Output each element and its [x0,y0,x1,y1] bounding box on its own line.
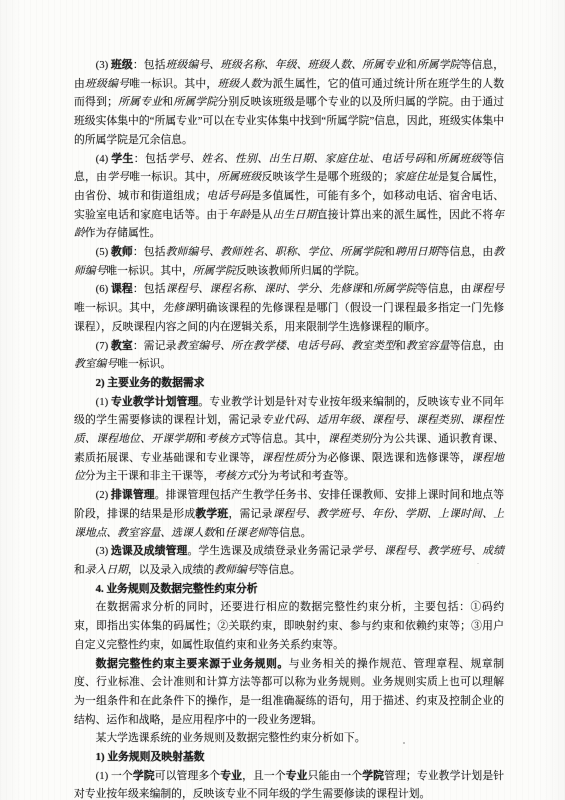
text-run: 等信息，由 [450,340,504,352]
attribute-term: 所属学院 [373,283,417,295]
text-run: 可以管理多个 [155,770,221,782]
text-run: (4) [96,153,112,165]
text-run: ，且一个 [242,770,286,782]
paragraph: (6) 课程：包括课程号、课程名称、课时、学分、先修课和所属学院等信息，由课程号… [74,280,504,336]
text-run: ，需记录 [228,508,272,520]
bold-term: 教室 [111,340,133,352]
text-run: (1) [96,396,111,408]
text-run: 唯一标识。 [117,358,171,370]
bold-term: 选课及成绩管理 [111,545,187,557]
attribute-term: 班级人数 [217,78,261,90]
attribute-term: 任课老师 [225,527,268,539]
bold-term: 数据完整性约束主要来源于业务规则。 [96,658,289,670]
text-run: 。学生选课及成绩登录业务需记录 [187,545,351,557]
text-run: 唯一标识。其中， [129,171,217,183]
text-run: 等信息。 [268,527,311,539]
attribute-term: 录入日期 [85,564,128,576]
text-run: 和 [362,283,373,295]
document-body: (3) 班级：包括班级编号、班级名称、年级、班级人数、所属专业和所属学院等信息，… [74,56,504,800]
bold-term: 学生 [111,153,133,165]
text-run: 和 [395,340,406,352]
text-run: ：包括 [134,153,168,165]
paragraph: (3) 班级：包括班级编号、班级名称、年级、班级人数、所属专业和所属学院等信息，… [74,56,504,150]
text-run: 分为主干课和非主干课等， [85,470,215,482]
attribute-term: 考核方式 [206,433,250,445]
text-run: 等信息。 [258,564,301,576]
paragraph: (2) 排课管理。排课管理包括产生教学任务书、安排任课教师、安排上课时间和地点等… [74,486,504,542]
attribute-term: 学号、课程号、教学班号、成绩 [351,545,504,557]
bold-term: 2) 主要业务的数据需求 [96,377,205,389]
bold-term: 1) 业务规则及映射基数 [96,751,205,763]
paragraph: (1) 一个学院可以管理多个专业，且一个专业只能由一个学院管理；专业教学计划是针… [74,767,504,800]
attribute-term: 聘用日期 [395,246,439,258]
attribute-term: 教室编号、所在教学楼、电话号码、教室类型 [177,340,395,352]
attribute-term: 班级编号 [85,78,129,90]
bold-term: 专业教学计划管理 [111,396,198,408]
text-run: 和 [384,246,395,258]
attribute-term: 所属学院 [417,59,461,71]
paragraph: (5) 教师：包括教师编号、教师姓名、职称、学位、所属学院和聘用日期等信息，由教… [74,243,504,280]
bold-term: 班级 [111,59,133,71]
text-run: (7) [96,340,111,352]
bold-term: 课程 [111,283,133,295]
scan-speck [477,563,479,564]
text-run: 和 [406,59,417,71]
attribute-term: 教师编号 [214,564,257,576]
attribute-term: 课程号 [471,283,504,295]
attribute-term: 所属专业 [118,96,162,108]
attribute-term: 班级编号、班级名称、年级、班级人数、所属专业 [166,59,406,71]
text-run: ，以及录入成绩的 [128,564,214,576]
text-run: 等信息。其中， [251,433,328,445]
text-run: (2) [96,489,111,501]
attribute-term: 所属学院 [173,96,217,108]
attribute-term: 教师编号、教师姓名、职称、学位、所属学院 [166,246,384,258]
attribute-term: 课程类别 [328,433,372,445]
text-run: 分为考试和考查等。 [258,470,355,482]
bold-term: 学院 [133,770,155,782]
scan-speck [403,742,405,744]
bold-term: 学院 [362,770,384,782]
paragraph: 数据完整性约束主要来源于业务规则。与业务相关的操作规范、管理章程、规章制度、行业… [74,655,504,730]
paragraph: (7) 教室：需记录教室编号、所在教学楼、电话号码、教室类型和教室容量等信息，由… [74,337,504,374]
text-run: 直接计算出来的派生属性，因此不将 [317,209,494,221]
text-run: (3) [96,59,111,71]
scanned-document-page: (3) 班级：包括班级编号、班级名称、年级、班级人数、所属专业和所属学院等信息，… [0,0,565,800]
text-run: 唯一标识。其中， [74,302,162,314]
text-run: 是从 [251,209,273,221]
text-run: ：包括 [133,246,166,258]
scan-speck [437,402,438,404]
bold-term: 专业 [286,770,308,782]
text-run: ：包括 [133,283,166,295]
attribute-term: 所属学院 [193,265,236,277]
text-run: 反映该教师所归属的学院。 [236,265,366,277]
text-run: 作为存储属性。 [85,227,161,239]
text-run: 分为必修课、限选课和选修课等， [306,452,471,464]
attribute-term: 教室容量 [406,340,450,352]
bold-term: 4. 业务规则及数据完整性约束分析 [96,583,258,595]
attribute-term: 先修课 [162,302,195,314]
attribute-term: 学号、姓名、性别、出生日期、家庭住址、电话号码 [168,153,426,165]
text-run: 和 [74,564,85,576]
paragraph: (1) 专业教学计划管理。专业教学计划是针对专业按年级来编制的，反映该专业不同年… [74,393,504,487]
text-run: (5) [96,246,111,258]
text-run: (6) [96,283,111,295]
text-run: 某大学选课系统的业务规则及数据完整性约束分析如下。 [96,732,366,744]
text-run: 只能由一个 [308,770,363,782]
section-heading: 4. 业务规则及数据完整性约束分析 [74,580,504,599]
attribute-term: 所属班级 [217,171,261,183]
section-heading: 2) 主要业务的数据需求 [74,374,504,393]
paragraph: (3) 选课及成绩管理。学生选课及成绩登录业务需记录学号、课程号、教学班号、成绩… [74,542,504,579]
text-run: (3) [96,545,111,557]
attribute-term: 教室编号 [74,358,117,370]
text-run: 和 [195,433,206,445]
attribute-term: 课程性质 [262,452,306,464]
attribute-term: 学号 [107,171,129,183]
text-run: 在数据需求分析的同时，还要进行相应的数据完整性约束分析，主要包括：①码约束，即指… [74,601,504,650]
text-run: 唯一标识。其中， [129,78,217,90]
paragraph: 在数据需求分析的同时，还要进行相应的数据完整性约束分析，主要包括：①码约束，即指… [74,598,504,654]
text-run: 和 [426,153,437,165]
attribute-term: 家庭住址 [394,171,438,183]
attribute-term: 电话号码 [206,190,250,202]
paragraph: 某大学选课系统的业务规则及数据完整性约束分析如下。 [74,729,504,748]
text-run: (1) 一个 [96,770,133,782]
attribute-term: 课程号、课程名称、课时、学分、先修课 [166,283,363,295]
text-run: 和 [162,96,173,108]
paragraph: (4) 学生：包括学号、姓名、性别、出生日期、家庭住址、电话号码和所属班级等信息… [74,150,504,244]
text-run: 唯一标识。其中， [106,265,192,277]
text-run: ：包括 [133,59,166,71]
text-run: 等信息，由 [417,283,472,295]
bold-term: 专业 [220,770,242,782]
bold-term: 教师 [111,246,133,258]
attribute-term: 年龄 [228,209,250,221]
text-run: 反映该学生是哪个班级的； [262,171,394,183]
section-heading: 1) 业务规则及映射基数 [74,748,504,767]
attribute-term: 所属班级 [437,153,482,165]
attribute-term: 出生日期 [273,209,317,221]
bold-term: 教学班 [195,508,228,520]
text-run: ：需记录 [133,340,177,352]
attribute-term: 考核方式 [214,470,257,482]
text-run: 等信息，由 [439,246,494,258]
bold-term: 排课管理 [111,489,155,501]
text-run: 和 [214,527,225,539]
